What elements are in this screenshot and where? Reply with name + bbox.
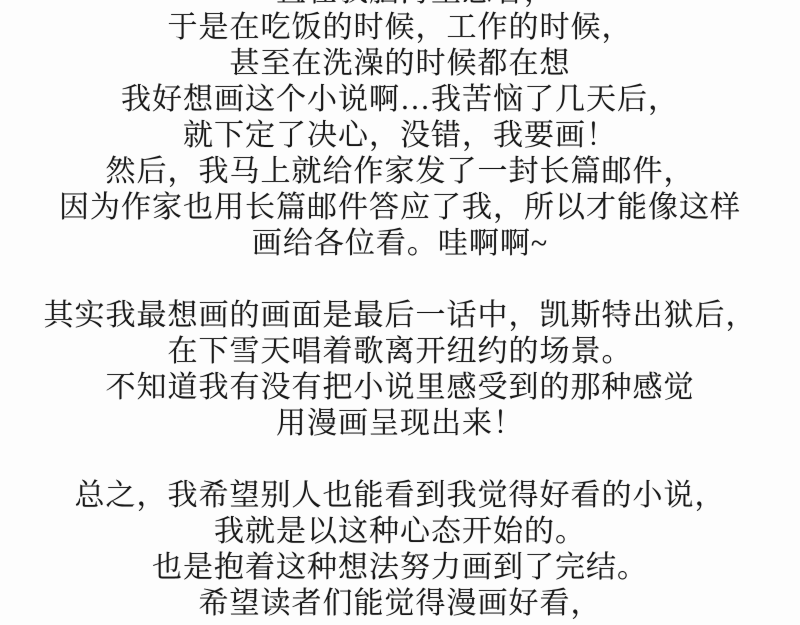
afterword-line-clipped-top: 一直在我脑海里想着， — [0, 0, 800, 10]
afterword-blank-line — [0, 442, 800, 478]
afterword-line: 因为作家也用长篇邮件答应了我，所以才能像这样 — [0, 190, 800, 226]
afterword-line: 于是在吃饭的时候，工作的时候， — [0, 10, 800, 46]
afterword-line: 然后，我马上就给作家发了一封长篇邮件， — [0, 154, 800, 190]
afterword-page: 一直在我脑海里想着， 于是在吃饭的时候，工作的时候， 甚至在洗澡的时候都在想 我… — [0, 0, 800, 625]
afterword-line: 总之，我希望别人也能看到我觉得好看的小说， — [0, 478, 800, 514]
afterword-line: 我就是以这种心态开始的。 — [0, 514, 800, 550]
afterword-line: 不知道我有没有把小说里感受到的那种感觉 — [0, 370, 800, 406]
afterword-line: 画给各位看。哇啊啊~ — [0, 226, 800, 262]
afterword-line: 用漫画呈现出来！ — [0, 406, 800, 442]
afterword-line: 希望读者们能觉得漫画好看， — [0, 586, 800, 622]
afterword-line: 甚至在洗澡的时候都在想 — [0, 46, 800, 82]
afterword-text-block: 一直在我脑海里想着， 于是在吃饭的时候，工作的时候， 甚至在洗澡的时候都在想 我… — [0, 0, 800, 622]
afterword-blank-line — [0, 262, 800, 298]
afterword-line: 我好想画这个小说啊…我苦恼了几天后， — [0, 82, 800, 118]
afterword-line: 也是抱着这种想法努力画到了完结。 — [0, 550, 800, 586]
afterword-line: 就下定了决心，没错，我要画！ — [0, 118, 800, 154]
afterword-line: 其实我最想画的画面是最后一话中，凯斯特出狱后， — [0, 298, 800, 334]
afterword-line: 在下雪天唱着歌离开纽约的场景。 — [0, 334, 800, 370]
